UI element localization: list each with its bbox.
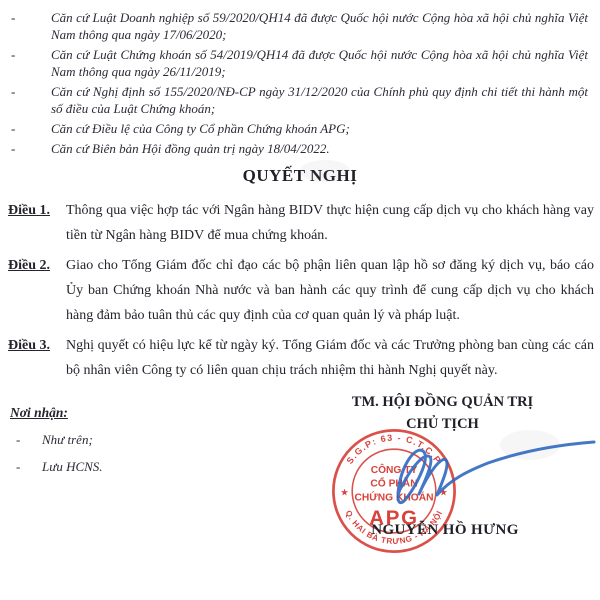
- article-text: Giao cho Tổng Giám đốc chỉ đạo các bộ ph…: [66, 253, 594, 328]
- citation-text: Căn cứ Luật Chứng khoán số 54/2019/QH14 …: [51, 46, 592, 80]
- bullet-dash: -: [0, 46, 51, 80]
- citation-item: - Căn cứ Biên bản Hội đồng quản trị ngày…: [0, 140, 592, 157]
- recipient-item: - Lưu HCNS.: [10, 459, 103, 475]
- article-item: Điều 3. Nghị quyết có hiệu lực kể từ ngà…: [0, 333, 594, 383]
- citation-item: - Căn cứ Luật Chứng khoán số 54/2019/QH1…: [0, 46, 592, 80]
- citation-text: Căn cứ Nghị định số 155/2020/NĐ-CP ngày …: [51, 83, 592, 117]
- stamp-star-left-icon: ★: [340, 488, 348, 498]
- article-text: Thông qua việc hợp tác với Ngân hàng BID…: [66, 198, 594, 248]
- recipient-text: Lưu HCNS.: [42, 459, 103, 475]
- citation-text: Căn cứ Biên bản Hội đồng quản trị ngày 1…: [51, 140, 592, 157]
- citation-text: Căn cứ Luật Doanh nghiệp số 59/2020/QH14…: [51, 9, 592, 43]
- citations-list: - Căn cứ Luật Doanh nghiệp số 59/2020/QH…: [0, 0, 600, 157]
- citation-text: Căn cứ Điều lệ của Công ty Cổ phần Chứng…: [51, 120, 592, 137]
- signature-section: Nơi nhận: - Như trên; - Lưu HCNS. TM. HỘ…: [0, 391, 600, 596]
- article-item: Điều 1. Thông qua việc hợp tác với Ngân …: [0, 198, 594, 248]
- bullet-dash: -: [0, 140, 51, 157]
- citation-item: - Căn cứ Nghị định số 155/2020/NĐ-CP ngà…: [0, 83, 592, 117]
- article-text: Nghị quyết có hiệu lực kể từ ngày ký. Tổ…: [66, 333, 594, 383]
- article-item: Điều 2. Giao cho Tổng Giám đốc chỉ đạo c…: [0, 253, 594, 328]
- article-label: Điều 3.: [8, 333, 58, 383]
- bullet-dash: -: [0, 9, 51, 43]
- authority-line: TM. HỘI ĐỒNG QUẢN TRỊ: [300, 391, 585, 413]
- article-label: Điều 2.: [8, 253, 58, 328]
- signer-name: NGUYỄN HỒ HƯNG: [320, 522, 570, 539]
- citation-item: - Căn cứ Luật Doanh nghiệp số 59/2020/QH…: [0, 9, 592, 43]
- document-page: - Căn cứ Luật Doanh nghiệp số 59/2020/QH…: [0, 0, 600, 600]
- article-label: Điều 1.: [8, 198, 58, 248]
- recipients-heading: Nơi nhận:: [10, 405, 103, 421]
- articles-list: Điều 1. Thông qua việc hợp tác với Ngân …: [0, 198, 600, 383]
- citation-item: - Căn cứ Điều lệ của Công ty Cổ phần Chứ…: [0, 120, 592, 137]
- scan-smudge: [300, 160, 350, 182]
- bullet-dash: -: [0, 83, 51, 117]
- signature-icon: [368, 431, 600, 519]
- signature-stroke: [398, 442, 594, 503]
- bullet-dash: -: [0, 120, 51, 137]
- recipient-item: - Như trên;: [10, 432, 103, 448]
- recipients-block: Nơi nhận: - Như trên; - Lưu HCNS.: [10, 405, 103, 475]
- recipient-text: Như trên;: [42, 432, 93, 448]
- bullet-dash: -: [10, 432, 42, 448]
- bullet-dash: -: [10, 459, 42, 475]
